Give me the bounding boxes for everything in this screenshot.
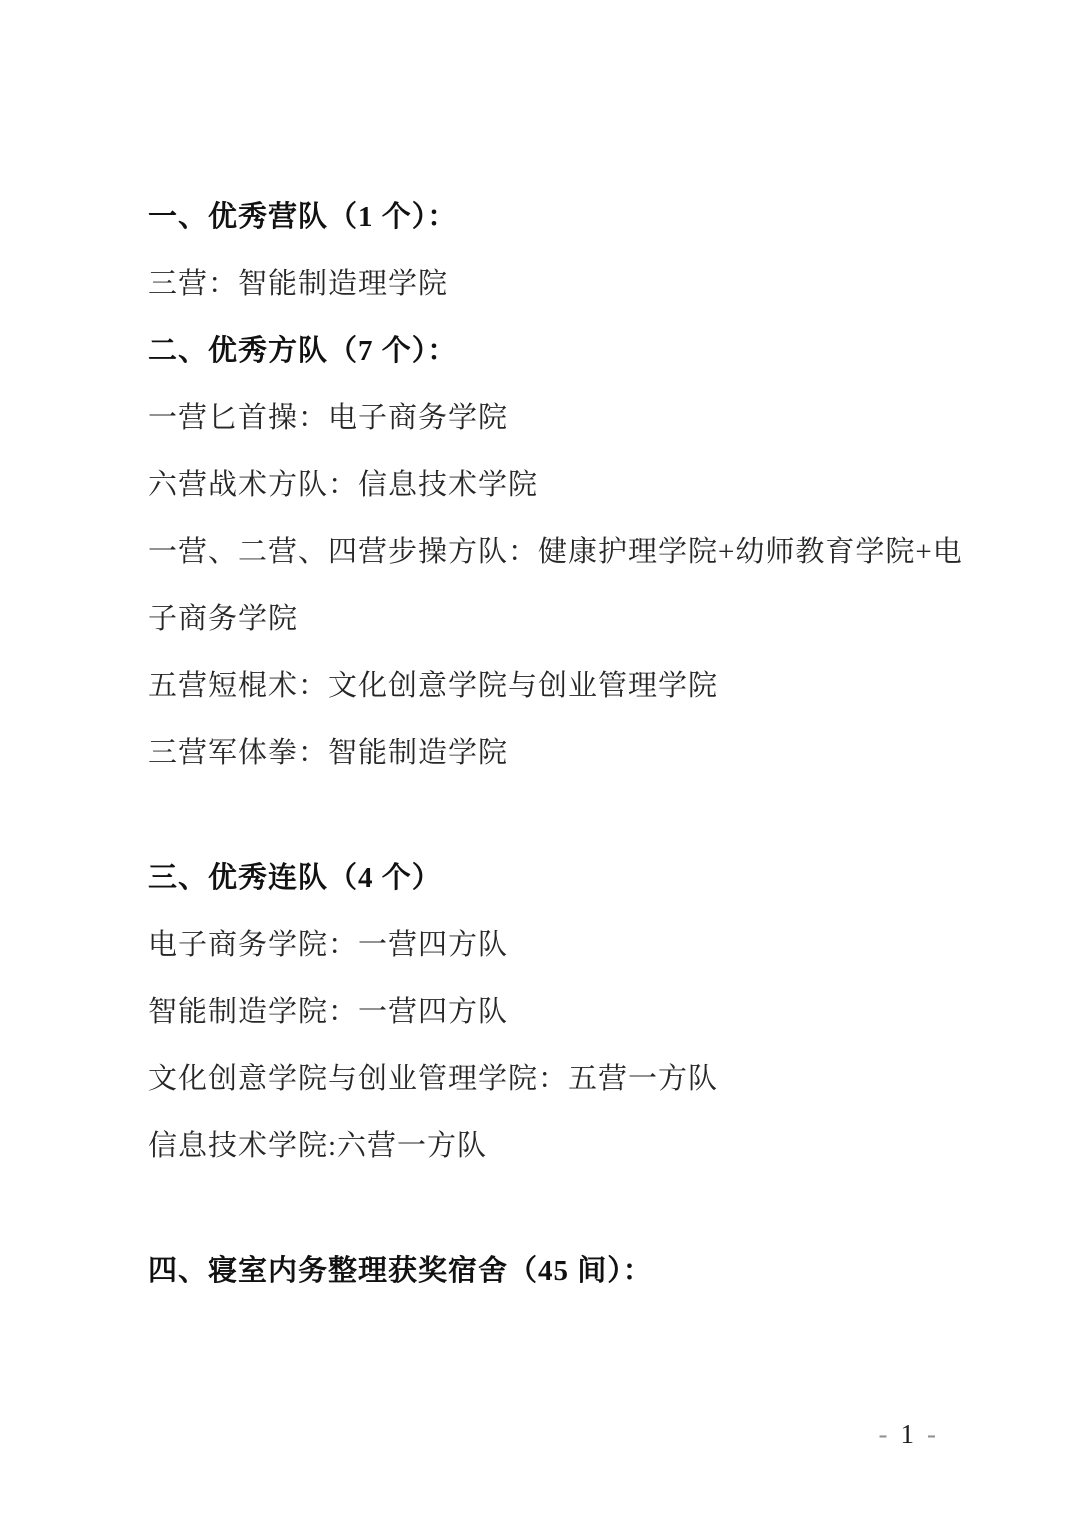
section-heading: 二、优秀方队（7 个）： xyxy=(148,318,950,385)
page-number-dash-right: - xyxy=(927,1419,937,1449)
section-heading: 一、优秀营队（1 个）： xyxy=(148,184,950,251)
page-number-value: 1 xyxy=(901,1419,916,1449)
text-line: 信息技术学院:六营一方队 xyxy=(148,1113,950,1180)
text-line: 智能制造学院：一营四方队 xyxy=(148,979,950,1046)
text-line: 一营、二营、四营步操方队：健康护理学院+幼师教育学院+电 xyxy=(148,519,950,586)
section-heading: 三、优秀连队（4 个） xyxy=(148,845,950,912)
page-footer: -1- xyxy=(879,1416,938,1452)
document-page: 一、优秀营队（1 个）：三营：智能制造理学院二、优秀方队（7 个）：一营匕首操：… xyxy=(0,0,1080,1527)
text-line: 子商务学院 xyxy=(148,586,950,653)
document-body: 一、优秀营队（1 个）：三营：智能制造理学院二、优秀方队（7 个）：一营匕首操：… xyxy=(148,184,950,1305)
text-line: 三营军体拳：智能制造学院 xyxy=(148,720,950,787)
text-line: 文化创意学院与创业管理学院：五营一方队 xyxy=(148,1046,950,1113)
section-heading: 四、寝室内务整理获奖宿舍（45 间）： xyxy=(148,1238,950,1305)
text-line: 五营短棍术：文化创意学院与创业管理学院 xyxy=(148,653,950,720)
text-line: 一营匕首操：电子商务学院 xyxy=(148,385,950,452)
text-line: 六营战术方队：信息技术学院 xyxy=(148,452,950,519)
page-number-dash-left: - xyxy=(879,1419,889,1449)
text-line: 电子商务学院：一营四方队 xyxy=(148,912,950,979)
text-line: 三营：智能制造理学院 xyxy=(148,251,950,318)
